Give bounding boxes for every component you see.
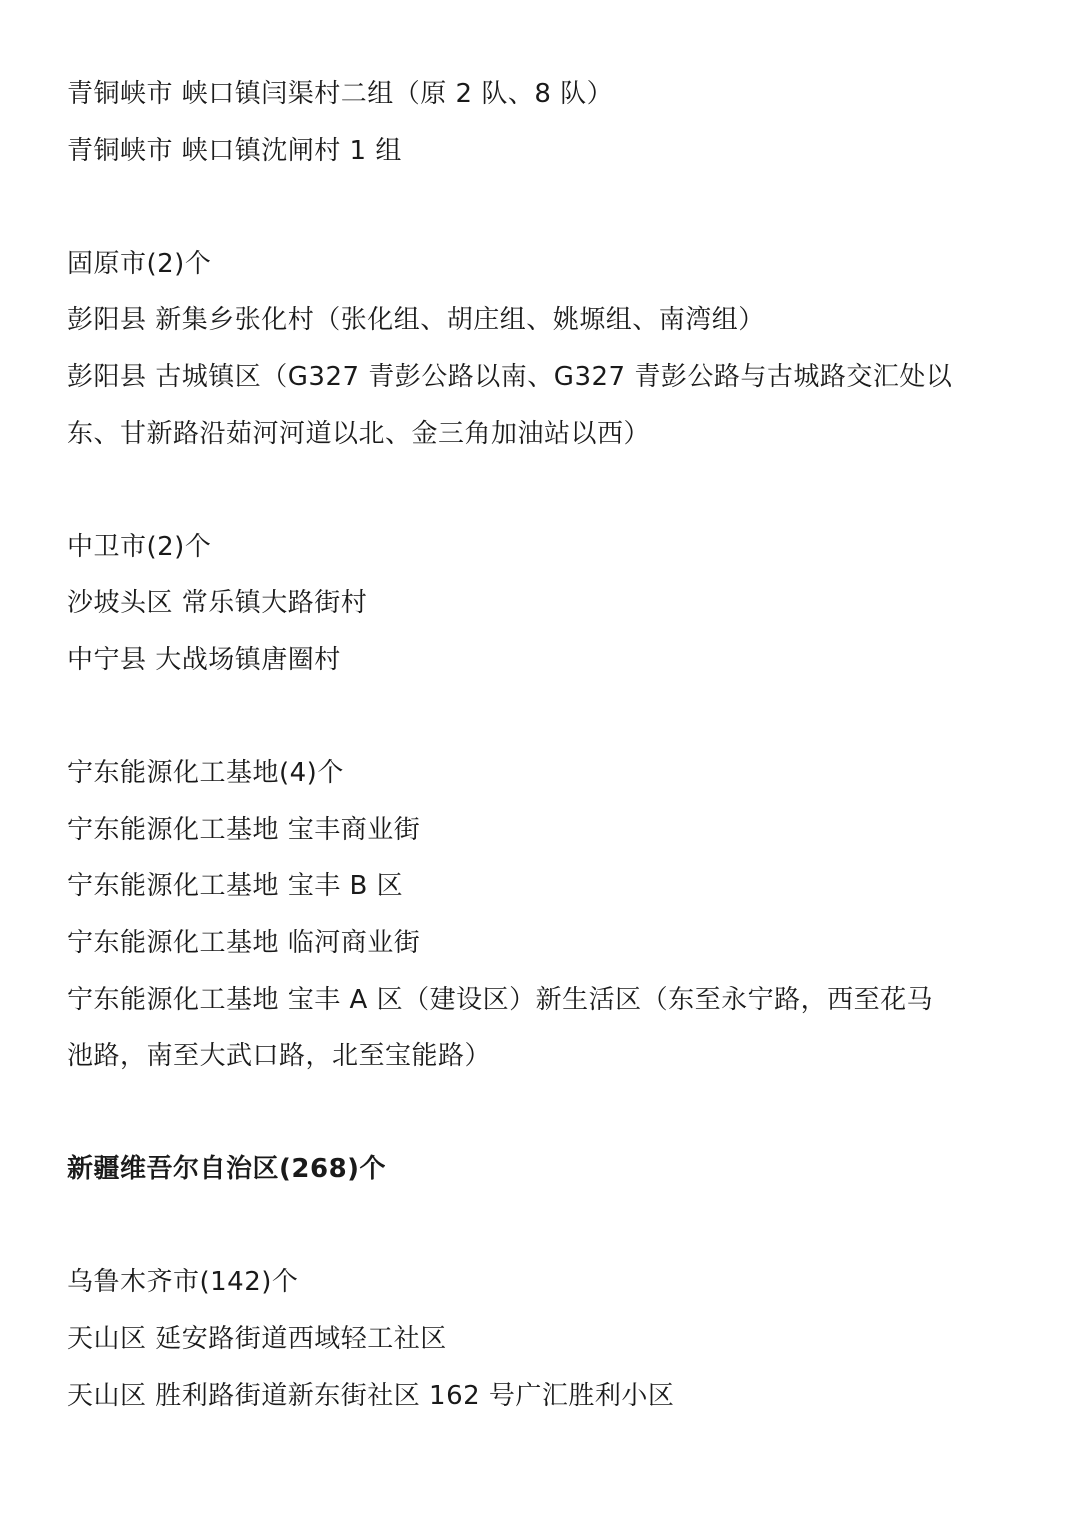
list-item: 青铜峡市 峡口镇沈闸村 1 组 xyxy=(67,123,1017,180)
document-page: 青铜峡市 峡口镇闫渠村二组（原 2 队、8 队） 青铜峡市 峡口镇沈闸村 1 组… xyxy=(67,66,1017,1424)
section-heading-zhongwei: 中卫市(2)个 xyxy=(67,519,1017,576)
section-heading-ningdong: 宁东能源化工基地(4)个 xyxy=(67,745,1017,802)
list-item: 青铜峡市 峡口镇闫渠村二组（原 2 队、8 队） xyxy=(67,66,1017,123)
list-item: 天山区 延安路街道西域轻工社区 xyxy=(67,1311,1017,1368)
spacer xyxy=(67,689,1017,746)
list-item: 中宁县 大战场镇唐圈村 xyxy=(67,632,1017,689)
spacer xyxy=(67,1198,1017,1255)
list-item-continuation: 池路，南至大武口路，北至宝能路） xyxy=(67,1028,1017,1085)
section-heading-urumqi: 乌鲁木齐市(142)个 xyxy=(67,1254,1017,1311)
section-heading-guyuan: 固原市(2)个 xyxy=(67,236,1017,293)
spacer xyxy=(67,179,1017,236)
list-item: 宁东能源化工基地 临河商业街 xyxy=(67,915,1017,972)
list-item: 宁东能源化工基地 宝丰 B 区 xyxy=(67,858,1017,915)
spacer xyxy=(67,1085,1017,1142)
spacer xyxy=(67,462,1017,519)
list-item: 宁东能源化工基地 宝丰 A 区（建设区）新生活区（东至永宁路，西至花马 xyxy=(67,972,1017,1029)
list-item: 天山区 胜利路街道新东街社区 162 号广汇胜利小区 xyxy=(67,1368,1017,1425)
list-item: 彭阳县 古城镇区（G327 青彭公路以南、G327 青彭公路与古城路交汇处以 xyxy=(67,349,1017,406)
region-heading-xinjiang: 新疆维吾尔自治区(268)个 xyxy=(67,1141,1017,1198)
list-item-continuation: 东、甘新路沿茹河河道以北、金三角加油站以西） xyxy=(67,406,1017,463)
list-item: 沙坡头区 常乐镇大路街村 xyxy=(67,575,1017,632)
list-item: 彭阳县 新集乡张化村（张化组、胡庄组、姚塬组、南湾组） xyxy=(67,292,1017,349)
list-item: 宁东能源化工基地 宝丰商业街 xyxy=(67,802,1017,859)
